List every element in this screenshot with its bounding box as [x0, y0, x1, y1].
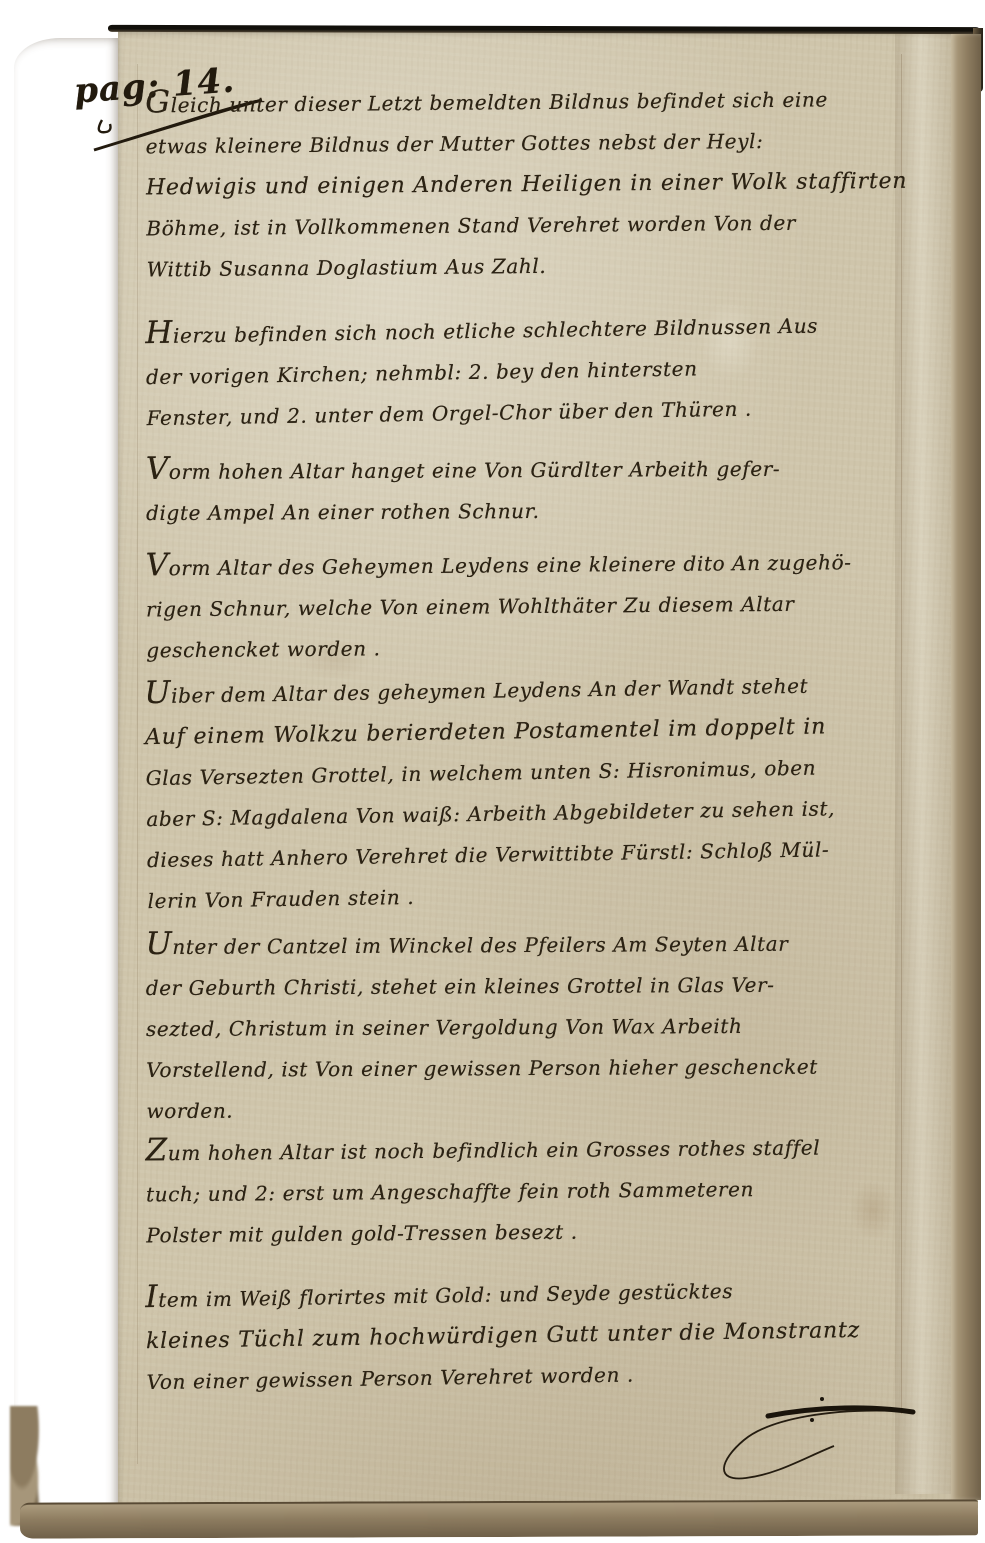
manuscript-line: Hedwigis und einigen Anderen Heiligen in…	[146, 161, 926, 209]
manuscript-paragraph: Vorm Altar des Geheymen Leydens eine kle…	[145, 542, 926, 672]
manuscript-line: etwas kleinere Bildnus der Mutter Gottes…	[145, 120, 925, 168]
binding-page-edges	[14, 38, 122, 1518]
manuscript-line: Vorm hohen Altar hanget eine Von Gürdlte…	[146, 448, 926, 493]
manuscript-line: Unter der Cantzel im Winckel des Pfeiler…	[145, 923, 925, 968]
manuscript-line: geschencket worden .	[146, 624, 926, 672]
manuscript-paragraph: Gleich unter dieser Letzt bemeldten Bild…	[145, 79, 927, 291]
manuscript-line: der Geburth Christi, stehet ein kleines …	[146, 964, 926, 1009]
manuscript-line: digte Ampel An einer rothen Schnur.	[146, 489, 926, 534]
manuscript-paragraph: Uiber dem Altar des geheymen Leydens An …	[144, 664, 928, 922]
manuscript-book: pag: 14. Gleich unter dieser Letzt bemel…	[0, 0, 985, 1543]
manuscript-line: Vorstellend, ist Von einer gewissen Pers…	[146, 1046, 926, 1091]
manuscript-paragraph: Unter der Cantzel im Winckel des Pfeiler…	[145, 923, 926, 1132]
book-bottom-edge	[20, 1499, 978, 1538]
manuscript-line: Wittib Susanna Doglastium Aus Zahl.	[147, 243, 927, 291]
page-fore-edge	[951, 34, 981, 1500]
manuscript-line: Zum hohen Altar ist noch befindlich ein …	[145, 1127, 925, 1175]
manuscript-paragraph: Vorm hohen Altar hanget eine Von Gürdlte…	[146, 448, 926, 534]
manuscript-line: tuch; und 2: erst um Angeschaffte fein r…	[146, 1168, 926, 1216]
margin-rule-left	[137, 64, 138, 1464]
manuscript-line: sezted, Christum in seiner Vergoldung Vo…	[146, 1005, 926, 1050]
manuscript-line: worden.	[146, 1087, 926, 1132]
manuscript-paragraph: Zum hohen Altar ist noch befindlich ein …	[145, 1127, 926, 1257]
manuscript-paragraph: Hierzu befinden sich noch etliche schlec…	[145, 304, 927, 439]
manuscript-line: Polster mit gulden gold-Tressen besezt .	[146, 1209, 926, 1257]
manuscript-line: rigen Schnur, welche Von einem Wohlthäte…	[146, 583, 926, 631]
manuscript-line: Böhme, ist in Vollkommenen Stand Verehre…	[146, 202, 926, 250]
manuscript-line: Gleich unter dieser Letzt bemeldten Bild…	[145, 79, 925, 127]
manuscript-line: Vorm Altar des Geheymen Leydens eine kle…	[145, 542, 925, 590]
manuscript-paragraph: Item im Weiß florirtes mit Gold: und Sey…	[145, 1268, 927, 1403]
